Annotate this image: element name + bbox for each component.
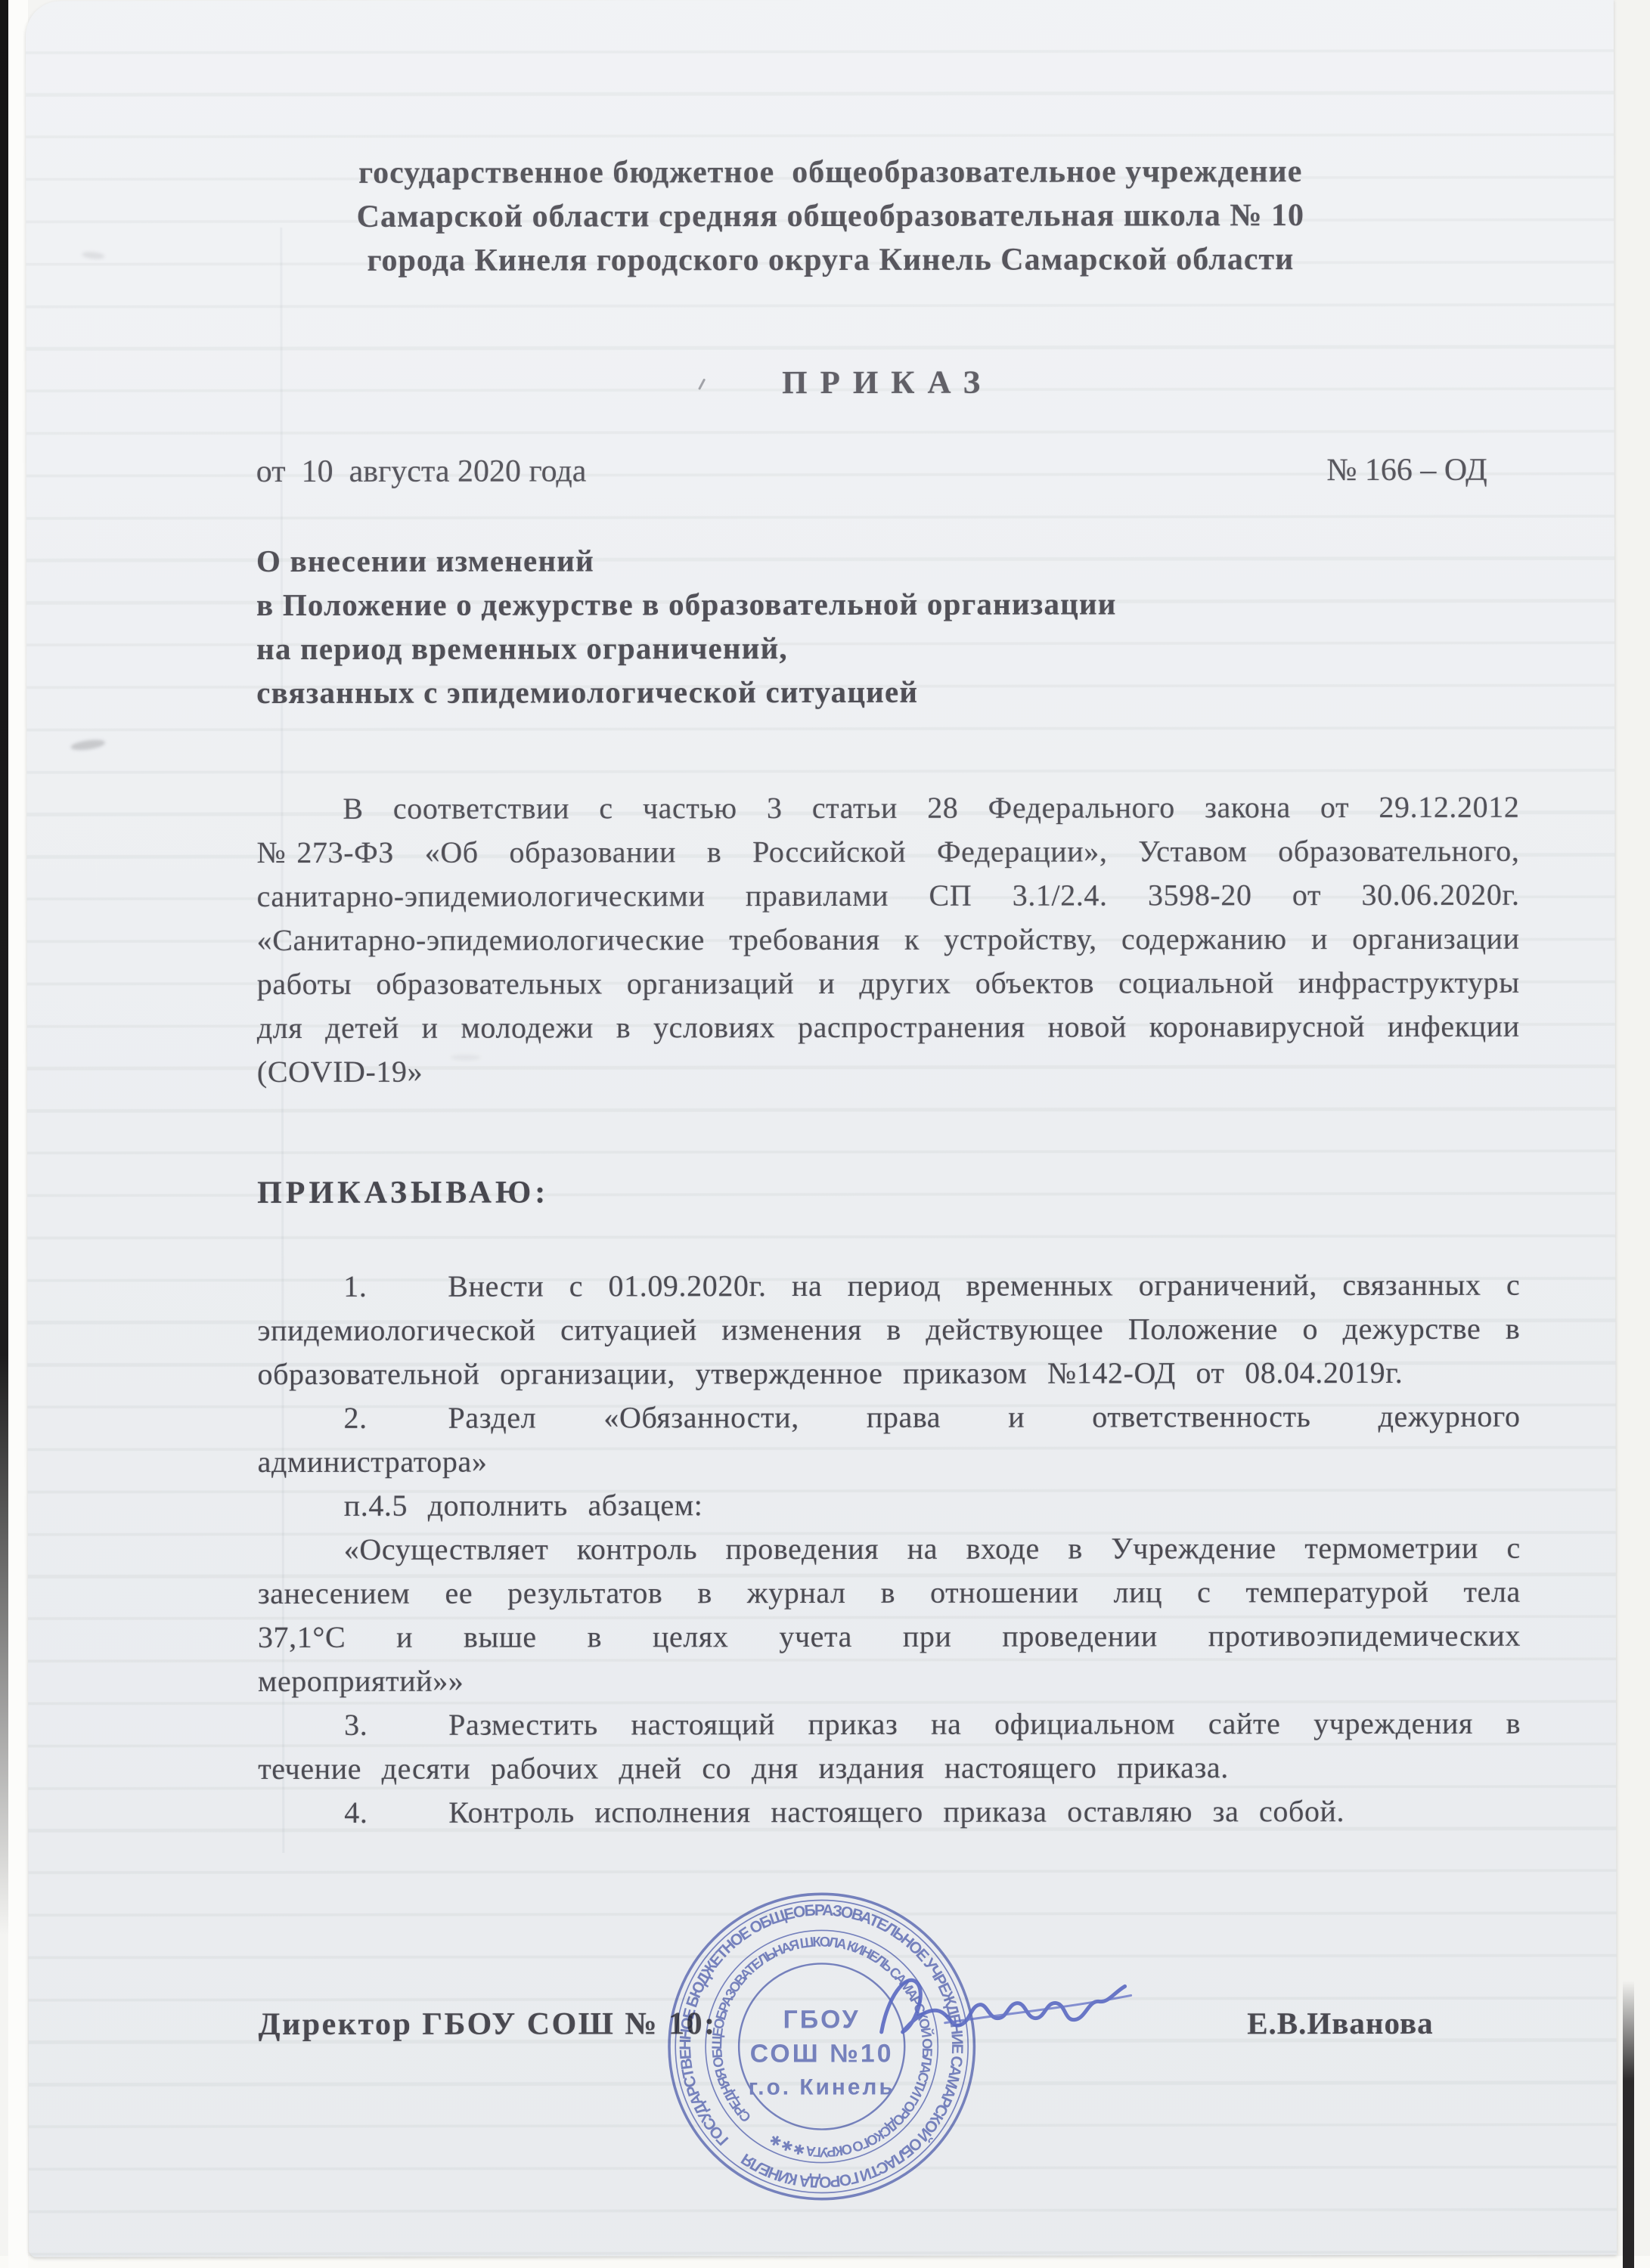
scan-background-bottom — [0, 2256, 1650, 2268]
resolution-heading: ПРИКАЗЫВАЮ: — [257, 1171, 549, 1216]
signatory-title: Директор ГБОУ СОШ № 10: — [259, 2002, 717, 2046]
scan-smudge — [70, 738, 106, 751]
document-type-title: ПРИКАЗ — [256, 361, 1519, 406]
subject-line: в Положение о дежурстве в образовательно… — [256, 581, 1519, 627]
subject-line: О внесении изменений — [256, 538, 1519, 583]
item-number: 4. — [344, 1791, 448, 1835]
scan-background-right — [1615, 0, 1650, 2268]
scan-smudge — [82, 251, 105, 260]
document-number: № 166 – ОД — [1326, 448, 1487, 492]
signatory-name: Е.В.Иванова — [1247, 2001, 1434, 2045]
org-name-header: государственное бюджетное общеобразовате… — [256, 150, 1405, 283]
date-number-row: от 10 августа 2020 года № 166 – ОД — [256, 448, 1487, 494]
scanner-edge-shadow-left — [0, 0, 8, 1935]
subject-line: связанных с эпидемиологической ситуацией — [256, 669, 1519, 714]
signature-ink-strokes — [871, 1954, 1136, 2075]
scanned-order-document: { "document": { "org_name_lines": [ "гос… — [0, 0, 1650, 2268]
order-item-1: 1.Внести с 01.09.2020г. на период времен… — [257, 1263, 1520, 1396]
stamp-center-line: ГБОУ — [783, 2005, 861, 2034]
item-text: Контроль исполнения настоящего приказа о… — [448, 1794, 1345, 1830]
amendment-intro-line: п.4.5 дополнить абзацем: — [258, 1483, 1521, 1528]
order-item-4: 4.Контроль исполнения настоящего приказа… — [258, 1789, 1521, 1835]
document-page: государственное бюджетное общеобразовате… — [26, 0, 1617, 2257]
document-date: от 10 августа 2020 года — [256, 449, 587, 494]
order-item-3: 3.Разместить настоящий приказ на официал… — [258, 1702, 1521, 1791]
org-name-line: города Кинеля городского округа Кинель С… — [256, 237, 1405, 283]
item-number: 1. — [343, 1265, 448, 1309]
item-number: 2. — [343, 1396, 448, 1440]
org-name-line: Самарской области средняя общеобразовате… — [256, 194, 1405, 239]
org-name-line: государственное бюджетное общеобразовате… — [256, 150, 1405, 195]
scanner-edge-shadow-right — [1623, 1981, 1634, 2268]
subject-line: на период временных ограничений, — [256, 625, 1519, 671]
handwritten-signature — [871, 1954, 1136, 2075]
subject-heading: О внесении изменений в Положение о дежур… — [256, 538, 1519, 714]
order-items: 1.Внести с 01.09.2020г. на период времен… — [257, 1263, 1521, 1835]
intro-paragraph: В соответствии с частью 3 статьи 28 Феде… — [256, 785, 1520, 1094]
order-item-2: 2.Раздел «Обязанности, права и ответстве… — [257, 1395, 1520, 1484]
page-curl-edge-left — [8, 0, 28, 2268]
stamp-center-line: г.о. Кинель — [749, 2074, 895, 2099]
item-number: 3. — [344, 1703, 448, 1747]
amendment-quoted-text: «Осуществляет контроль проведения на вхо… — [258, 1526, 1521, 1703]
